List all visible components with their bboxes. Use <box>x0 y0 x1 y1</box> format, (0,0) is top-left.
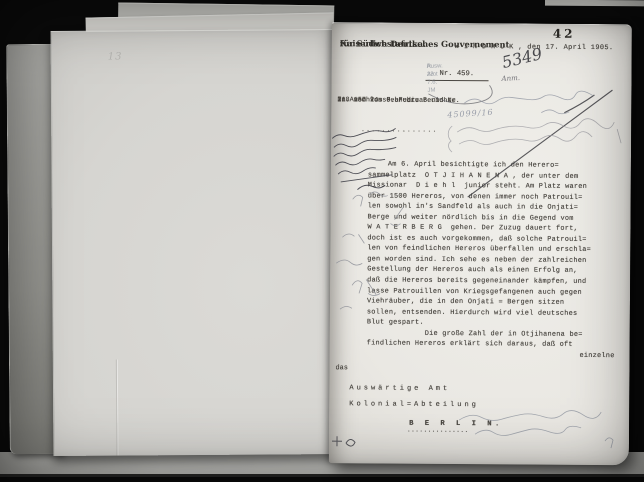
letter-body: Am 6. April besichtigte ich den Herero= … <box>367 159 616 361</box>
reference-separator: ········-······ <box>361 127 438 135</box>
document-number: Nr. 459. <box>340 69 512 70</box>
pencil-bottom-annotations <box>459 410 613 448</box>
addressee-line1: Auswärtige Amt <box>349 384 450 393</box>
ink-plus-mark <box>332 436 355 446</box>
left-blank-page: 13 <box>51 29 337 456</box>
receipt-stamp-line2: R. 23. <box>427 63 436 79</box>
handwritten-anm-note: Anm. <box>501 74 520 83</box>
sheet-sliver-top-right <box>545 0 644 6</box>
body-catchword: einzelne <box>367 349 615 361</box>
folio-stamp-number: 42 <box>553 27 576 41</box>
addressee-city-rule: ··············· <box>407 428 469 435</box>
letterhead: Kaiserlich Deutsches Gouvernement für Sü… <box>340 38 512 39</box>
pencil-folio-number: 13 <box>108 51 123 62</box>
letter-page: Kaiserlich Deutsches Gouvernement für Sü… <box>329 22 632 465</box>
addressee-intro: das <box>335 364 347 372</box>
reference-line3: 218 vom 24. Februar. <box>337 95 419 106</box>
letterhead-line2: für Südwestafrika. <box>340 38 426 50</box>
addressee-line2: Kolonial=Abteilung <box>349 400 479 409</box>
handwritten-file-number: 45099/16 <box>447 108 494 120</box>
pencil-interlinear-note <box>448 118 621 153</box>
table-surface-edge <box>0 474 644 477</box>
inner-sheet-edge <box>116 360 118 456</box>
photographed-archive-spread: 13 Kaiserlich Deutsches Gouvernement für… <box>0 0 644 482</box>
reference-block: In Anschlusse an die Berichte Nr. 157 vo… <box>337 95 497 96</box>
